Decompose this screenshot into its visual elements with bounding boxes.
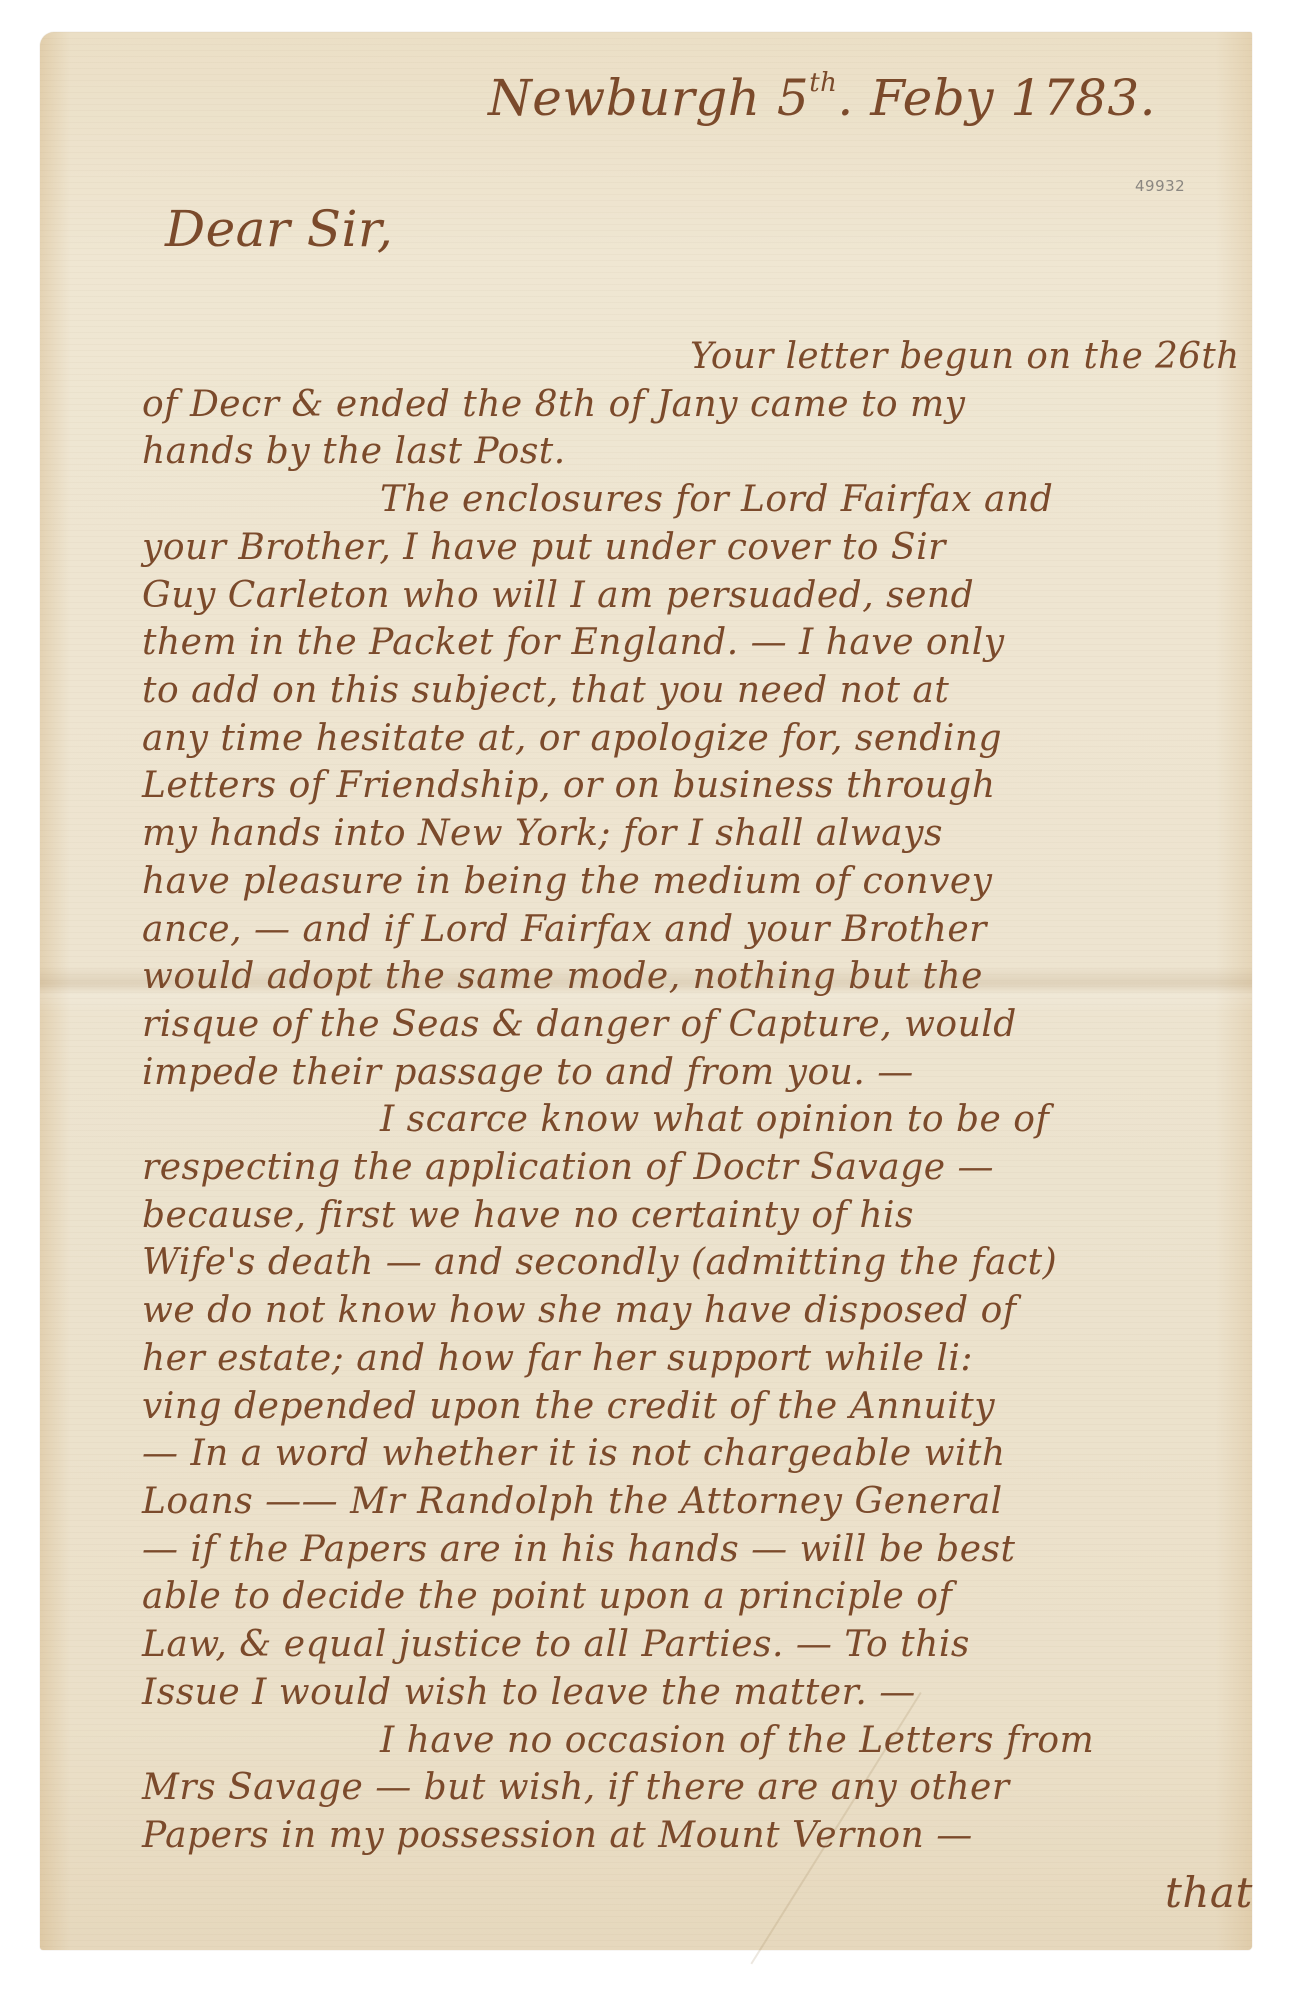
letter-line: your Brother, I have put under cover to …	[142, 527, 946, 568]
letter-line: we do not know how she may have disposed…	[142, 1290, 1017, 1331]
letter-line: The enclosures for Lord Fairfax and	[380, 479, 1053, 520]
letter-line: I scarce know what opinion to be of	[380, 1099, 1049, 1140]
dateline-year: 1783.	[1010, 69, 1156, 127]
letter-line: have pleasure in being the medium of con…	[142, 861, 992, 902]
letter-line: risque of the Seas & danger of Capture, …	[142, 1004, 1017, 1045]
dateline: Newburgh 5th. Feby 1783.	[488, 68, 1156, 127]
letter-line: her estate; and how far her support whil…	[142, 1338, 973, 1379]
letter-line: ving depended upon the credit of the Ann…	[142, 1386, 995, 1427]
letter-line: because, first we have no certainty of h…	[142, 1195, 914, 1236]
letter-line: of Decr & ended the 8th of Jany came to …	[142, 384, 966, 425]
letter-line: respecting the application of Doctr Sava…	[142, 1147, 994, 1188]
letter-line: hands by the last Post.	[142, 431, 566, 472]
dateline-day: 5	[777, 69, 809, 127]
letter-line: I have no occasion of the Letters from	[380, 1720, 1094, 1761]
salutation: Dear Sir,	[165, 200, 393, 258]
letter-line: Papers in my possession at Mount Vernon …	[142, 1815, 973, 1856]
letter-line: Issue I would wish to leave the matter. …	[142, 1672, 916, 1713]
letter-line: able to decide the point upon a principl…	[142, 1576, 952, 1617]
letter-line: Letters of Friendship, or on business th…	[142, 765, 996, 806]
letter-line: any time hesitate at, or apologize for, …	[142, 718, 1002, 759]
catchword: that	[1165, 1868, 1253, 1917]
letter-line: impede their passage to and from you. —	[142, 1052, 914, 1093]
letter-line: Wife's death — and secondly (admitting t…	[142, 1242, 1057, 1283]
letter-line: — if the Papers are in his hands — will …	[142, 1529, 1015, 1570]
letter-line: Guy Carleton who will I am persuaded, se…	[142, 575, 974, 616]
letter-line: — In a word whether it is not chargeable…	[142, 1433, 1006, 1474]
letter-line: Mrs Savage — but wish, if there are any …	[142, 1767, 1010, 1808]
archive-pencil-number: 49932	[1135, 177, 1185, 195]
dateline-month: Feby	[870, 69, 994, 127]
dateline-day-suffix: th	[809, 68, 837, 98]
letter-line: ance, — and if Lord Fairfax and your Bro…	[142, 909, 987, 950]
letter-line: Law, & equal justice to all Parties. — T…	[142, 1624, 970, 1665]
letter-line: would adopt the same mode, nothing but t…	[142, 956, 983, 997]
letter-line: to add on this subject, that you need no…	[142, 670, 949, 711]
letter-line: them in the Packet for England. — I have…	[142, 622, 1005, 663]
letter-line: Your letter begun on the 26th	[690, 336, 1240, 377]
letter-line: my hands into New York; for I shall alwa…	[142, 813, 943, 854]
letter-line: Loans —— Mr Randolph the Attorney Genera…	[142, 1481, 1003, 1522]
dateline-place: Newburgh	[488, 69, 760, 127]
